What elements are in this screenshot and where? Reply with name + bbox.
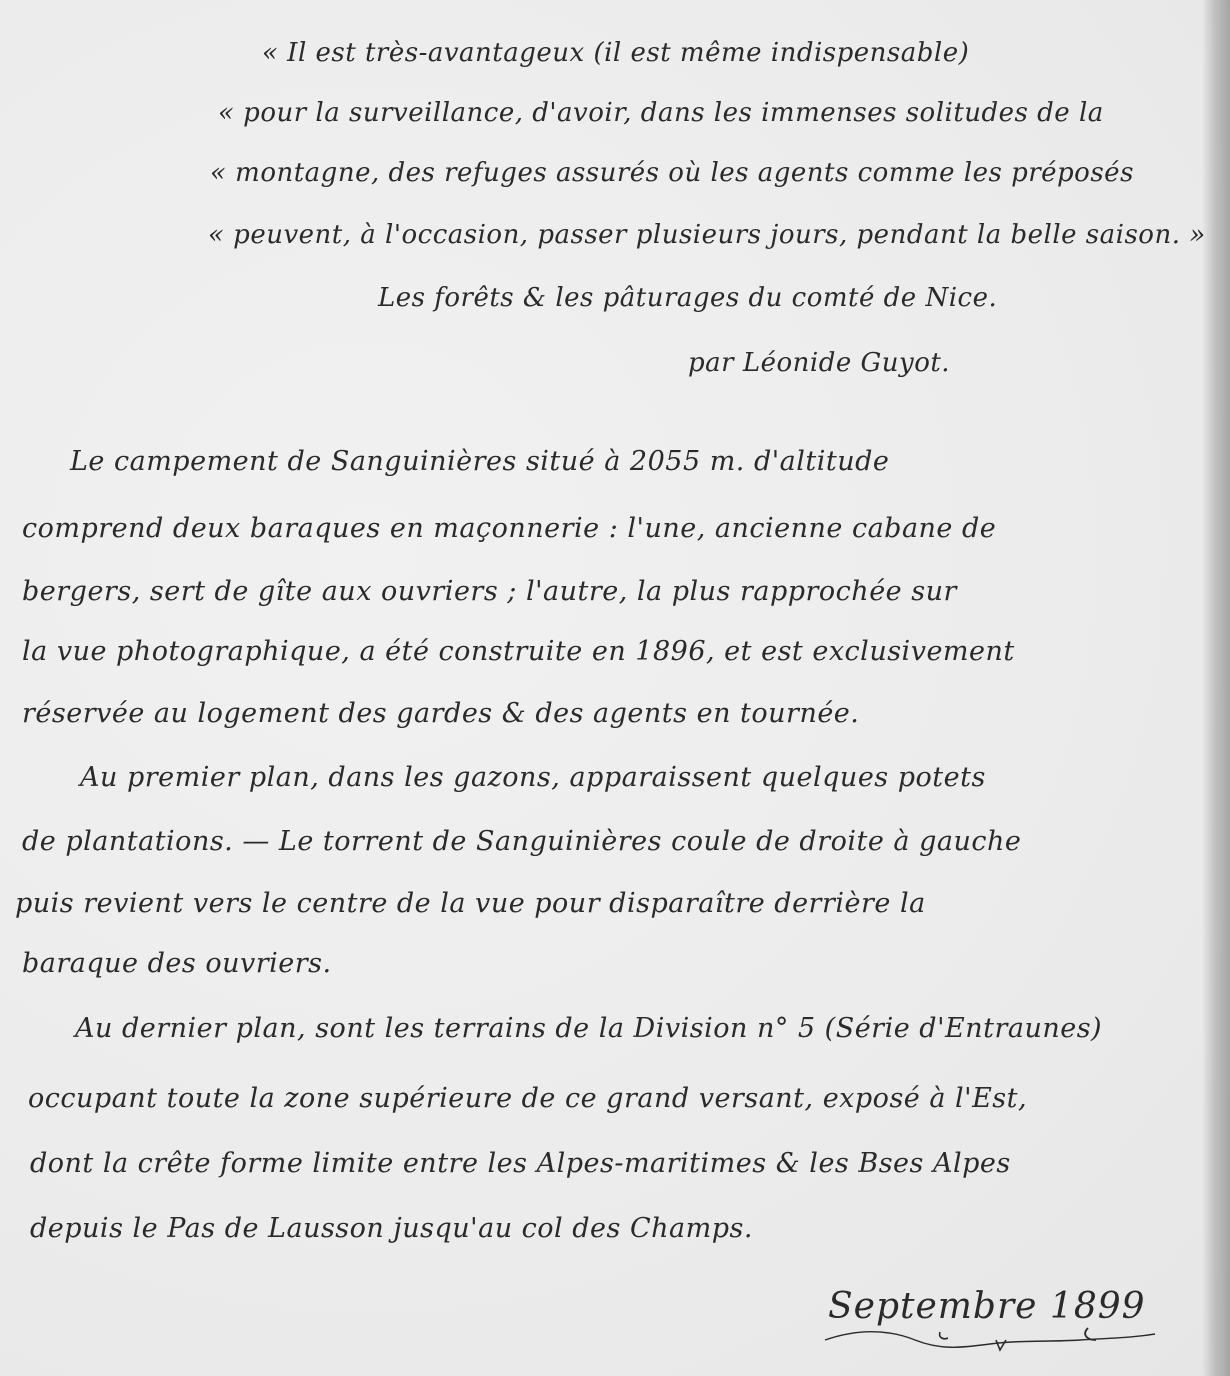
paragraph-line: réservée au logement des gardes & des ag… — [22, 700, 859, 727]
paragraph-line: dont la crête forme limite entre les Alp… — [30, 1150, 1011, 1177]
epigraph-line: « pour la surveillance, d'avoir, dans le… — [218, 100, 1104, 126]
paragraph-line: puis revient vers le centre de la vue po… — [15, 890, 926, 917]
page-spine-shadow — [1202, 0, 1230, 1376]
paragraph-line: comprend deux baraques en maçonnerie : l… — [22, 515, 996, 542]
paragraph-line: la vue photographique, a été construite … — [22, 638, 1015, 665]
epigraph-line: « Il est très-avantageux (il est même in… — [262, 40, 969, 66]
paragraph-line: depuis le Pas de Lausson jusqu'au col de… — [30, 1215, 753, 1242]
paragraph-line: Le campement de Sanguinières situé à 205… — [70, 448, 889, 475]
paragraph-line: baraque des ouvriers. — [22, 950, 332, 977]
epigraph-line: « montagne, des refuges assurés où les a… — [210, 160, 1134, 186]
paragraph-line: Au premier plan, dans les gazons, appara… — [80, 764, 986, 791]
epigraph-source-author: par Léonide Guyot. — [688, 350, 950, 376]
epigraph-source-title: Les forêts & les pâturages du comté de N… — [378, 285, 997, 311]
paragraph-line: occupant toute la zone supérieure de ce … — [28, 1085, 1027, 1112]
decorative-flourish-icon — [820, 1318, 1160, 1358]
paragraph-line: Au dernier plan, sont les terrains de la… — [75, 1015, 1102, 1042]
paragraph-line: de plantations. — Le torrent de Sanguini… — [22, 828, 1021, 855]
paragraph-line: bergers, sert de gîte aux ouvriers ; l'a… — [22, 578, 957, 605]
manuscript-page: « Il est très-avantageux (il est même in… — [0, 0, 1230, 1376]
epigraph-line: « peuvent, à l'occasion, passer plusieur… — [208, 222, 1206, 248]
